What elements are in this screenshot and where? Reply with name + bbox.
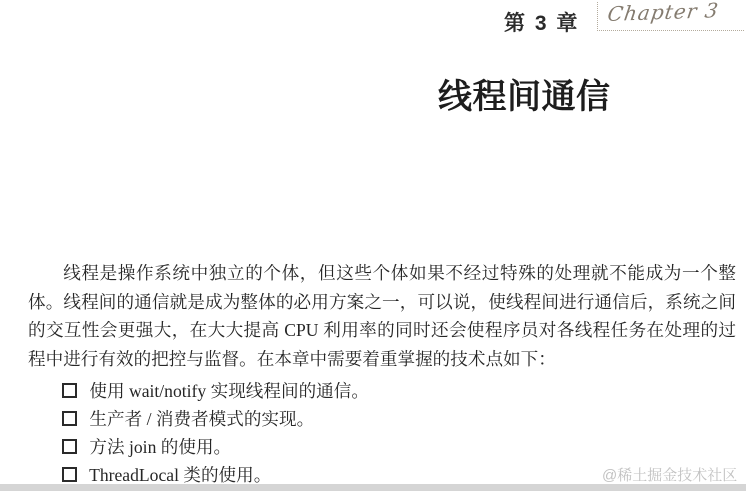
list-item-text: 生产者 / 消费者模式的实现。 — [89, 409, 314, 429]
body-paragraph: 线程是操作系统中独立的个体，但这些个体如果不经过特殊的处理就不能成为一个整 体。… — [28, 259, 736, 373]
book-page: 第 3 章 Chapter 3 线程间通信 线程是操作系统中独立的个体，但这些个… — [0, 0, 746, 491]
list-item-text: 方法 join 的使用。 — [89, 437, 231, 457]
paragraph-line: 程中进行有效的把控与监督。在本章中需要着重掌握的技术点如下： — [28, 345, 736, 374]
key-points-list: 使用 wait/notify 实现线程间的通信。 生产者 / 消费者模式的实现。… — [62, 377, 369, 489]
chapter-title: 线程间通信 — [438, 69, 611, 118]
watermark-text: @稀土掘金技术社区 — [602, 464, 737, 485]
paragraph-line: 的交互性会更强大，在大大提高 CPU 利用率的同时还会使程序员对各线程任务在处理… — [28, 316, 736, 345]
checkbox-bullet-icon — [62, 439, 77, 454]
paragraph-line: 线程是操作系统中独立的个体，但这些个体如果不经过特殊的处理就不能成为一个整 — [28, 259, 736, 288]
page-bottom-edge — [0, 484, 746, 491]
chapter-handwritten-box: Chapter 3 — [597, 2, 744, 31]
list-item-text: 使用 wait/notify 实现线程间的通信。 — [89, 381, 369, 401]
list-item-text: ThreadLocal 类的使用。 — [89, 465, 271, 485]
list-item: 方法 join 的使用。 — [62, 433, 369, 461]
checkbox-bullet-icon — [62, 411, 77, 426]
paragraph-line: 体。线程间的通信就是成为整体的必用方案之一，可以说，使线程间进行通信后，系统之间 — [28, 288, 736, 317]
list-item: 生产者 / 消费者模式的实现。 — [62, 405, 369, 433]
chapter-number-label: 第 3 章 — [504, 7, 579, 37]
list-item: 使用 wait/notify 实现线程间的通信。 — [62, 377, 369, 405]
chapter-handwritten-text: Chapter 3 — [606, 0, 720, 26]
checkbox-bullet-icon — [62, 383, 77, 398]
checkbox-bullet-icon — [62, 467, 77, 482]
